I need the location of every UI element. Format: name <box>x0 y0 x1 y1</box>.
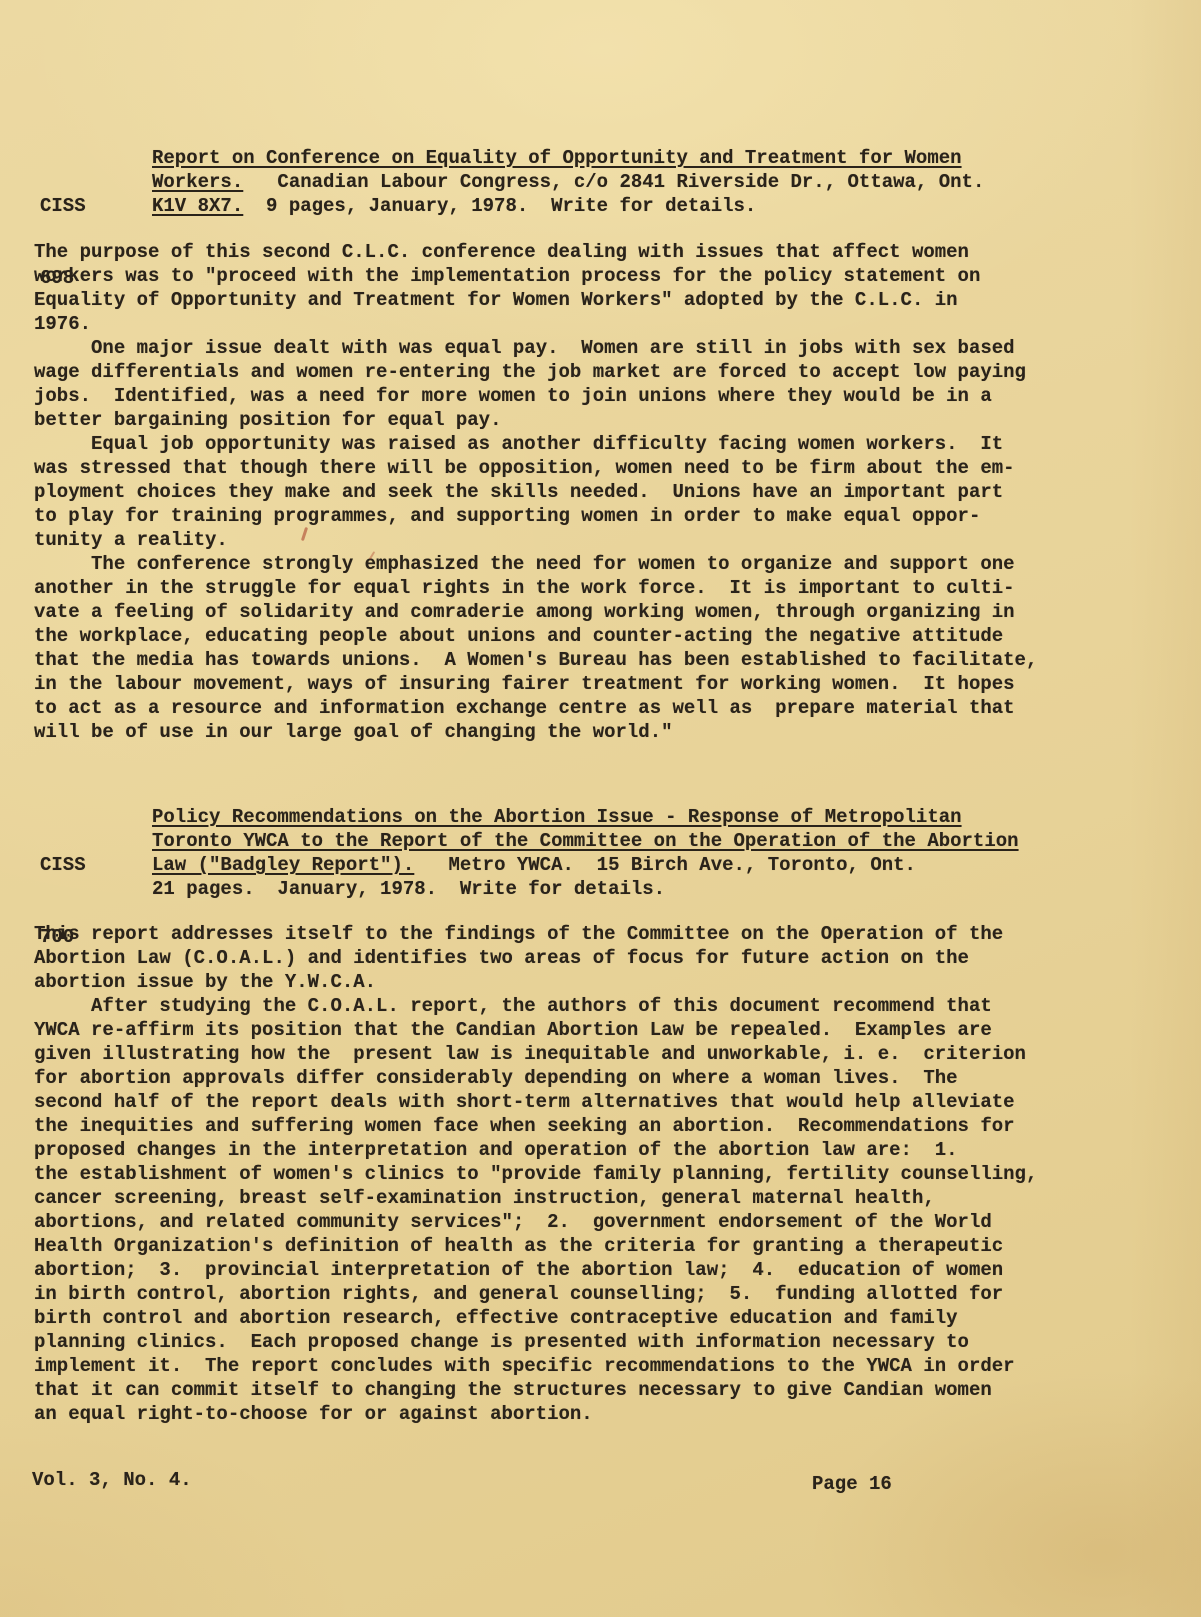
postal-code-text: K1V 8X7. <box>152 195 243 217</box>
title-text: Toronto YWCA to the Report of the Commit… <box>152 830 1019 852</box>
catalog-code: CISS <box>40 853 108 877</box>
scanned-newsletter-page: { "colors": { "paper": "#e8d399", "ink":… <box>0 0 1201 1617</box>
title-text: Law ("Badgley Report"). <box>152 854 414 876</box>
entry-title-line: Policy Recommendations on the Abortion I… <box>152 805 1019 829</box>
entry-paragraph: One major issue dealt with was equal pay… <box>34 336 1154 432</box>
entry-title: Report on Conference on Equality of Oppo… <box>152 146 984 218</box>
entry-title-line: K1V 8X7. 9 pages, January, 1978. Write f… <box>152 194 984 218</box>
catalog-code: CISS <box>40 194 108 218</box>
footer-volume: Vol. 3, No. 4. <box>32 1468 192 1492</box>
entry-paragraph: Equal job opportunity was raised as anot… <box>34 432 1154 552</box>
entry-paragraph: This report addresses itself to the find… <box>34 922 1154 994</box>
title-text: Policy Recommendations on the Abortion I… <box>152 806 962 828</box>
entry-paragraph: The conference strongly emphasized the n… <box>34 552 1154 744</box>
title-text: Workers. <box>152 171 243 193</box>
entry-title-line: Report on Conference on Equality of Oppo… <box>152 146 984 170</box>
entry-title-line: Workers. Canadian Labour Congress, c/o 2… <box>152 170 984 194</box>
entry-body: The purpose of this second C.L.C. confer… <box>34 240 1154 744</box>
entry-title: Policy Recommendations on the Abortion I… <box>152 805 1019 901</box>
entry-title-line: Law ("Badgley Report"). Metro YWCA. 15 B… <box>152 853 1019 877</box>
entry-body: This report addresses itself to the find… <box>34 922 1154 1426</box>
page-background: CISS 698 Report on Conference on Equalit… <box>0 0 1201 1617</box>
entry-paragraph: The purpose of this second C.L.C. confer… <box>34 240 1154 336</box>
publisher-text: Canadian Labour Congress, c/o 2841 River… <box>243 171 984 193</box>
footer-page-number: Page 16 <box>812 1472 892 1496</box>
publisher-text: Metro YWCA. 15 Birch Ave., Toronto, Ont. <box>414 854 916 876</box>
title-text: Report on Conference on Equality of Oppo… <box>152 147 962 169</box>
entry-paragraph: After studying the C.O.A.L. report, the … <box>34 994 1154 1426</box>
entry-title-line: Toronto YWCA to the Report of the Commit… <box>152 829 1019 853</box>
availability-text: 21 pages. January, 1978. Write for detai… <box>152 878 665 900</box>
availability-text: 9 pages, January, 1978. Write for detail… <box>243 195 756 217</box>
entry-title-line: 21 pages. January, 1978. Write for detai… <box>152 877 1019 901</box>
